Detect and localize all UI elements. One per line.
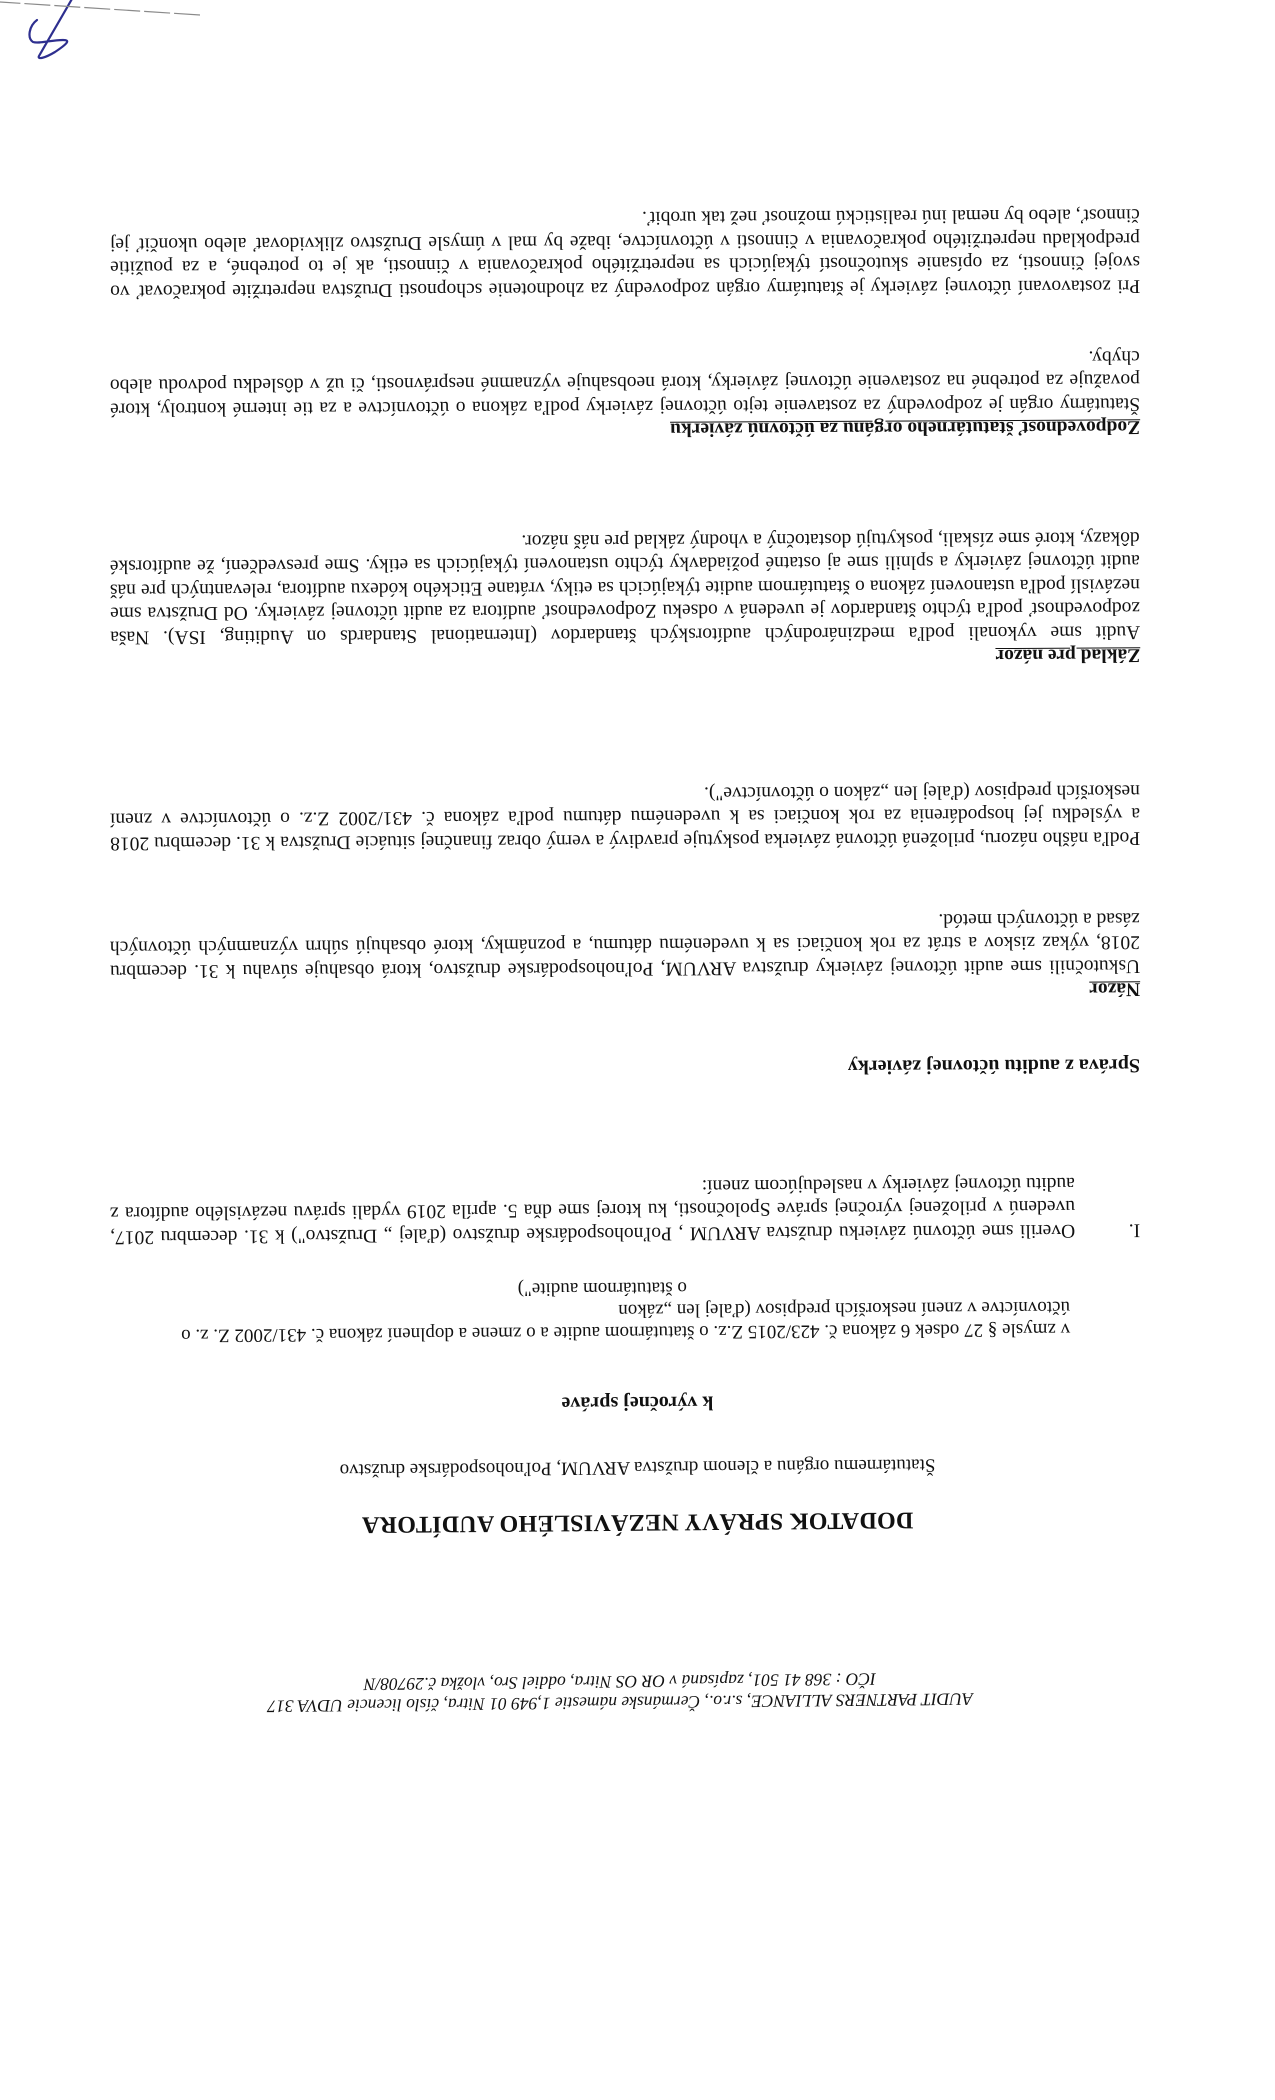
legal-basis-intro: v zmysle § 27 odsek 6 zákona č. 423/2015…: [135, 1274, 1070, 1347]
section-title-audit-report: Správa z auditu účtovnej závierky: [848, 1053, 1140, 1078]
scan-edge-line-icon: [0, 0, 200, 17]
letterhead: AUDIT PARTNERS ALLIANCE, s.r.o., Čermáns…: [140, 1666, 1100, 1718]
section-responsibility: Zodpovednosť štatutárneho orgánu za účto…: [110, 345, 1140, 443]
item-text: Overili sme účtovnú závierku družstva AR…: [110, 1171, 1075, 1248]
legal-basis-text: v zmysle § 27 odsek 6 zákona č. 423/2015…: [135, 1296, 1070, 1347]
responsibility-paragraph-2: Pri zostavovaní účtovnej závierky je šta…: [110, 203, 1140, 302]
section-opinion: Názor Uskutočnili sme audit účtovnej záv…: [110, 907, 1140, 1005]
item-number: I.: [1129, 1218, 1141, 1242]
numbered-item-1: I. Overili sme účtovnú závierku družstva…: [110, 1171, 1140, 1249]
section-basis-for-opinion: Základ pre názor Audit sme vykonali podľ…: [110, 526, 1141, 671]
opinion-paragraph-2: Podľa nášho názoru, priložená účtovná zá…: [110, 779, 1140, 855]
document-title: DODATOK SPRÁVY NEZÁVISLÉHO AUDÍTORA: [135, 1504, 1140, 1540]
scanned-document-page: AUDIT PARTNERS ALLIANCE, s.r.o., Čermáns…: [0, 0, 1275, 2100]
addressee: Štatutárnemu orgánu a členom družstva AR…: [135, 1452, 1140, 1483]
responsibility-paragraph-1: Štatutárny orgán je zodpovedný za zostav…: [110, 345, 1140, 421]
basis-paragraph: Audit sme vykonali podľa medzinárodných …: [110, 526, 1141, 649]
opinion-paragraph-1: Uskutočnili sme audit účtovnej závierky …: [110, 907, 1140, 983]
document-subtitle: k výročnej správe: [135, 1387, 1140, 1417]
